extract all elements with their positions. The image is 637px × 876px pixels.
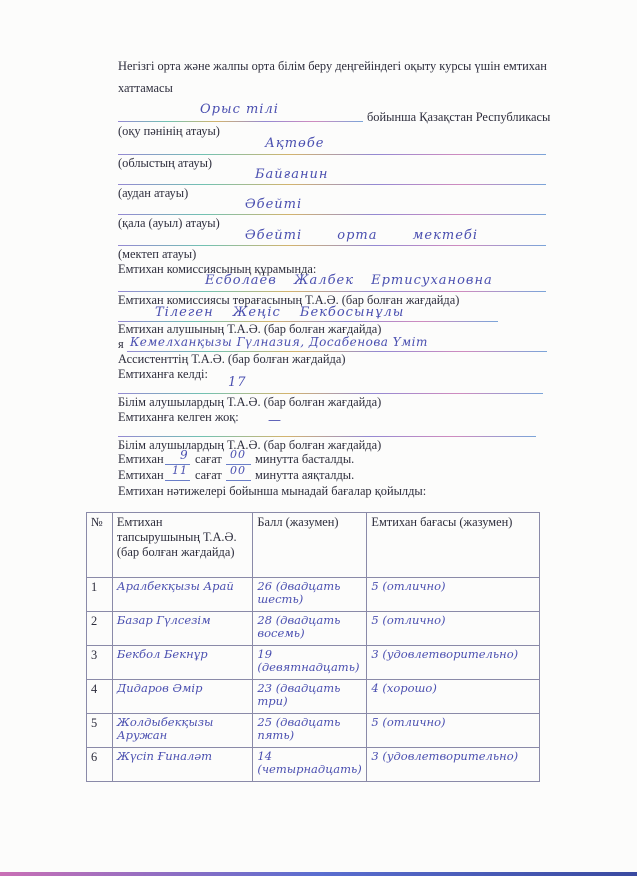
attended-count: 17: [228, 375, 247, 390]
end-minute: 00: [230, 464, 246, 477]
header-grade: Емтихан бағасы (жазумен): [367, 513, 540, 578]
district-label: (аудан атауы): [118, 186, 188, 200]
region-value: Ақтөбе: [265, 136, 325, 151]
start-hour: 9: [180, 448, 189, 462]
city-label: (қала (ауыл) атауы): [118, 216, 220, 230]
score-text: 25 (двадцать пять): [253, 714, 367, 748]
school-value: Әбейті орта мектебі: [245, 228, 478, 243]
attended-label: Емтиханға келді:: [118, 367, 208, 381]
document-title-line2: хаттамасы: [118, 81, 173, 95]
end-hour-underline: [165, 480, 190, 481]
subject-underline: [118, 121, 363, 122]
score-text: 23 (двадцать три): [253, 680, 367, 714]
exam-protocol-page: Негізгі орта және жалпы орта білім беру …: [0, 0, 637, 876]
row-number: 3: [87, 646, 113, 680]
table-row: 4Дидаров Әмір23 (двадцать три)4 (хорошо): [87, 680, 540, 714]
scan-edge: [0, 872, 637, 876]
city-underline: [118, 214, 546, 215]
start-minute: 00: [230, 448, 246, 461]
end-hour: 11: [172, 464, 188, 477]
row-number: 4: [87, 680, 113, 714]
score-text: 14 (четырнадцать): [253, 748, 367, 782]
table-row: 3Бекбол Бекнұр19 (девятнадцать)3 (удовле…: [87, 646, 540, 680]
grade-text: 5 (отлично): [367, 578, 540, 612]
student-name: Дидаров Әмір: [112, 680, 252, 714]
score-text: 28 (двадцать восемь): [253, 612, 367, 646]
row-number: 5: [87, 714, 113, 748]
school-label: (мектеп атауы): [118, 247, 196, 261]
region-underline: [118, 154, 546, 155]
district-underline: [118, 184, 546, 185]
row-number: 1: [87, 578, 113, 612]
absent-sublabel: Білім алушылардың Т.А.Ә. (бар болған жағ…: [118, 438, 381, 452]
student-name: Аралбекқызы Арай: [112, 578, 252, 612]
end-word1: Емтихан: [118, 468, 164, 482]
table-row: 5Жолдыбекқызы Аружан25 (двадцать пять)5 …: [87, 714, 540, 748]
subject-suffix: бойынша Қазақстан Республикасы: [367, 110, 550, 124]
grade-text: 4 (хорошо): [367, 680, 540, 714]
table-row: 6Жүсіп Ғиналәт14 (четырнадцать)3 (удовле…: [87, 748, 540, 782]
end-word3: минутта аяқталды.: [255, 468, 354, 482]
score-text: 26 (двадцать шесть): [253, 578, 367, 612]
district-value: Байғанин: [255, 167, 329, 182]
start-word1: Емтихан: [118, 452, 164, 466]
absent-count: —: [268, 413, 282, 428]
student-name: Жүсіп Ғиналәт: [112, 748, 252, 782]
document-title-line1: Негізгі орта және жалпы орта білім беру …: [118, 59, 547, 73]
table-row: 1Аралбекқызы Арай26 (двадцать шесть)5 (о…: [87, 578, 540, 612]
start-word2: сағат: [195, 452, 222, 466]
score-text: 19 (девятнадцать): [253, 646, 367, 680]
grade-text: 5 (отлично): [367, 714, 540, 748]
absent-label: Емтиханға келген жоқ:: [118, 410, 239, 424]
region-label: (облыстың атауы): [118, 156, 212, 170]
school-underline: [118, 245, 546, 246]
examiner-label: Емтихан алушының Т.А.Ә. (бар болған жағд…: [118, 322, 381, 336]
end-minute-underline: [226, 480, 251, 481]
header-score: Балл (жазумен): [253, 513, 367, 578]
grade-text: 3 (удовлетворительно): [367, 748, 540, 782]
header-number: №: [87, 513, 113, 578]
student-name: Бекбол Бекнұр: [112, 646, 252, 680]
end-word2: сағат: [195, 468, 222, 482]
chair-value: Есболаев Жалбек Ертисухановна: [205, 273, 493, 288]
chair-underline: [118, 291, 546, 292]
grade-text: 3 (удовлетворительно): [367, 646, 540, 680]
city-value: Әбейті: [245, 197, 302, 212]
results-intro: Емтихан нәтижелері бойынша мынадай бағал…: [118, 484, 426, 498]
start-word3: минутта басталды.: [255, 452, 354, 466]
student-name: Базар Гүлсезім: [112, 612, 252, 646]
subject-value: Орыс тілі: [200, 102, 279, 117]
row-number: 2: [87, 612, 113, 646]
attended-sublabel: Білім алушылардың Т.А.Ә. (бар болған жағ…: [118, 395, 381, 409]
student-name: Жолдыбекқызы Аружан: [112, 714, 252, 748]
header-student-name: Емтихан тапсырушының Т.А.Ә. (бар болған …: [112, 513, 252, 578]
examiner-value: Тілеген Жеңіс Бекбосынұлы: [155, 305, 404, 320]
table-header-row: № Емтихан тапсырушының Т.А.Ә. (бар болға…: [87, 513, 540, 578]
results-table: № Емтихан тапсырушының Т.А.Ә. (бар болға…: [86, 512, 540, 782]
subject-label: (оқу пәнінің атауы): [118, 124, 220, 138]
assistant-prefix: я: [118, 337, 124, 351]
row-number: 6: [87, 748, 113, 782]
attended-underline: [118, 393, 543, 394]
assistant-value: Кемелханқызы Гүлназия, Досабенова Үміт: [130, 335, 428, 349]
absent-underline: [118, 436, 536, 437]
grade-text: 5 (отлично): [367, 612, 540, 646]
table-row: 2Базар Гүлсезім28 (двадцать восемь)5 (от…: [87, 612, 540, 646]
assistant-label: Ассистенттің Т.А.Ә. (бар болған жағдайда…: [118, 352, 346, 366]
